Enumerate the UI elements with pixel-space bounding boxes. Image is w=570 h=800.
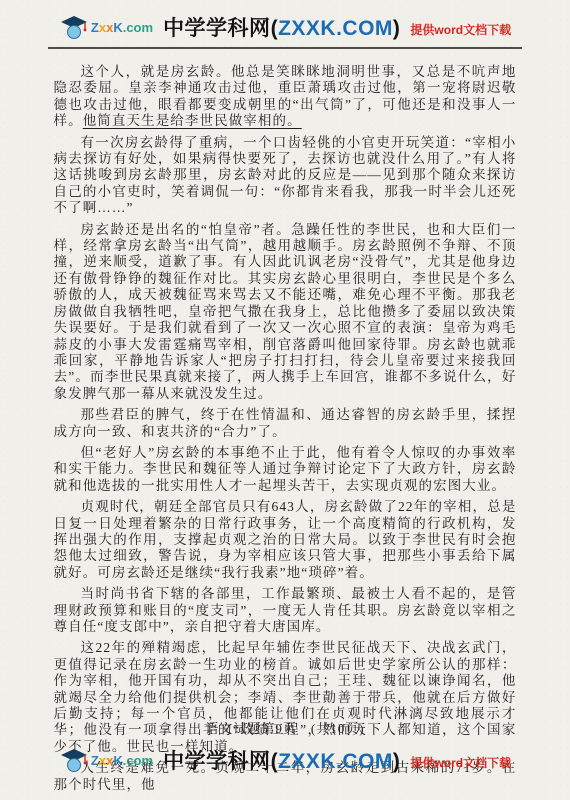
header-divider	[48, 47, 522, 49]
document-body: 这个人，就是房玄龄。他总是笑眯眯地洞明世事，又总是不吭声地隐忍委屈。皇亲李神通攻…	[54, 64, 517, 793]
paragraph: 房玄龄还是出名的“怕皇帝”者。急躁任性的李世民，也和大臣们一样，经常拿房玄龄当“…	[54, 222, 517, 402]
text-segment: 但“老好人”房玄龄的本事绝不止于此，他有着令人惊叹的办事效率和实干能力。李世民和…	[54, 445, 517, 493]
paragraph: 那些君臣的脾气，终于在性情温和、通达睿智的房玄龄手里，揉捏成方向一致、和衷共济的…	[54, 407, 517, 440]
bottom-banner: ZxxK.com 中学学科网(ZXXK.COM) 提供word文档下载	[0, 744, 570, 776]
zxxk-logo: ZxxK.com	[59, 14, 153, 41]
top-banner: ZxxK.com 中学学科网(ZXXK.COM) 提供word文档下载	[0, 0, 570, 43]
banner-tagline: 提供word文档下载	[410, 17, 511, 38]
paragraph: 这个人，就是房玄龄。他总是笑眯眯地洞明世事，又总是不吭声地隐忍委屈。皇亲李神通攻…	[54, 64, 517, 130]
site-title: 中学学科网(ZXXK.COM)	[163, 12, 400, 42]
graduation-cap-mascot-icon	[59, 747, 89, 774]
paragraph: 当时尚书省下辖的各部里，工作最繁琐、最被士人看不起的，是管理财政预算和账目的“度…	[54, 586, 517, 635]
zxxk-logo: ZxxK.com	[59, 747, 153, 774]
paren-open: (	[271, 17, 279, 40]
site-name: 中学学科网	[163, 750, 271, 773]
logo-text: ZxxK.com	[91, 754, 153, 767]
banner-tagline: 提供word文档下载	[410, 750, 511, 771]
site-name: 中学学科网	[163, 17, 271, 40]
text-segment: 当时尚书省下辖的各部里，工作最繁琐、最被士人看不起的，是管理财政预算和账目的“度…	[54, 586, 517, 634]
text-segment: 那些君臣的脾气，终于在性情温和、通达睿智的房玄龄手里，揉捏成方向一致、和衷共济的…	[54, 407, 517, 438]
paren-close: )	[393, 17, 401, 40]
text-segment: 贞观时代，朝廷全部官员只有643人，房玄龄做了22年的宰相，总是日复一日处理着繁…	[54, 499, 517, 580]
underlined-sentence: 他简直天生是给李世民做宰相的。	[83, 113, 302, 128]
site-domain: ZXXK.COM	[278, 17, 393, 40]
scanned-exam-page: ZxxK.com 中学学科网(ZXXK.COM) 提供word文档下载 这个人，…	[0, 0, 570, 800]
logo-text: ZxxK.com	[91, 21, 153, 34]
text-segment: 有一次房玄龄得了重病，一个口齿轻佻的小官吏开玩笑道：“宰相小病去探访有好处，如果…	[54, 135, 517, 216]
paren-open: (	[271, 750, 279, 773]
paren-close: )	[393, 750, 401, 773]
paragraph: 贞观时代，朝廷全部官员只有643人，房玄龄做了22年的宰相，总是日复一日处理着繁…	[54, 499, 517, 581]
text-segment: 房玄龄还是出名的“怕皇帝”者。急躁任性的李世民，也和大臣们一样，经常拿房玄龄当“…	[54, 222, 517, 401]
graduation-cap-mascot-icon	[59, 14, 89, 41]
page-number: 语文试题第9页 (共10页)	[0, 718, 570, 737]
paragraph: 这22年的殚精竭虑，比起早年辅佐李世民征战天下、决战玄武门，更值得记录在房玄龄一…	[54, 640, 517, 755]
paragraph: 但“老好人”房玄龄的本事绝不止于此，他有着令人惊叹的办事效率和实干能力。李世民和…	[54, 445, 517, 494]
paragraph: 有一次房玄龄得了重病，一个口齿轻佻的小官吏开玩笑道：“宰相小病去探访有好处，如果…	[54, 135, 517, 217]
site-title: 中学学科网(ZXXK.COM)	[163, 745, 400, 775]
site-domain: ZXXK.COM	[278, 750, 393, 773]
